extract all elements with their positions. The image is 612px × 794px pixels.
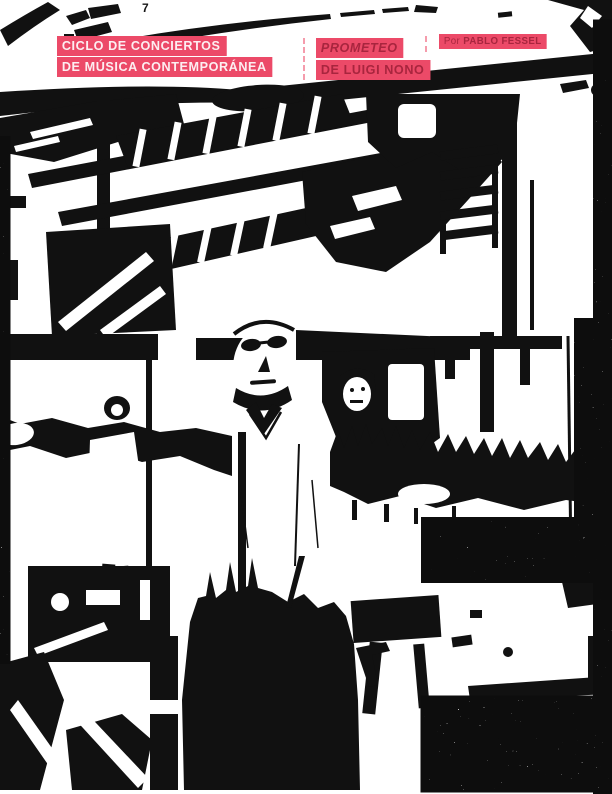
byline-label: Por PABLO FESSEL — [439, 34, 546, 49]
scanned-program-page: 7 CICLO DE CONCIERTOS DE MÚSICA CONTEMPO… — [0, 0, 612, 794]
pink-crop-mark-1 — [303, 38, 305, 80]
pink-crop-mark-2 — [425, 36, 427, 52]
work-title-line2: DE LUIGI NONO — [316, 60, 430, 80]
photo-scaffolding — [0, 94, 534, 340]
byline-prefix: Por — [444, 36, 460, 47]
work-title-line1: PROMETEO — [316, 38, 403, 58]
byline-author-name: PABLO FESSEL — [463, 36, 541, 47]
page-number: 7 — [142, 1, 149, 15]
series-title-line1: CICLO DE CONCIERTOS — [57, 36, 226, 56]
posterized-photo — [0, 0, 612, 794]
series-title-line2: DE MÚSICA CONTEMPORÁNEA — [57, 57, 273, 77]
